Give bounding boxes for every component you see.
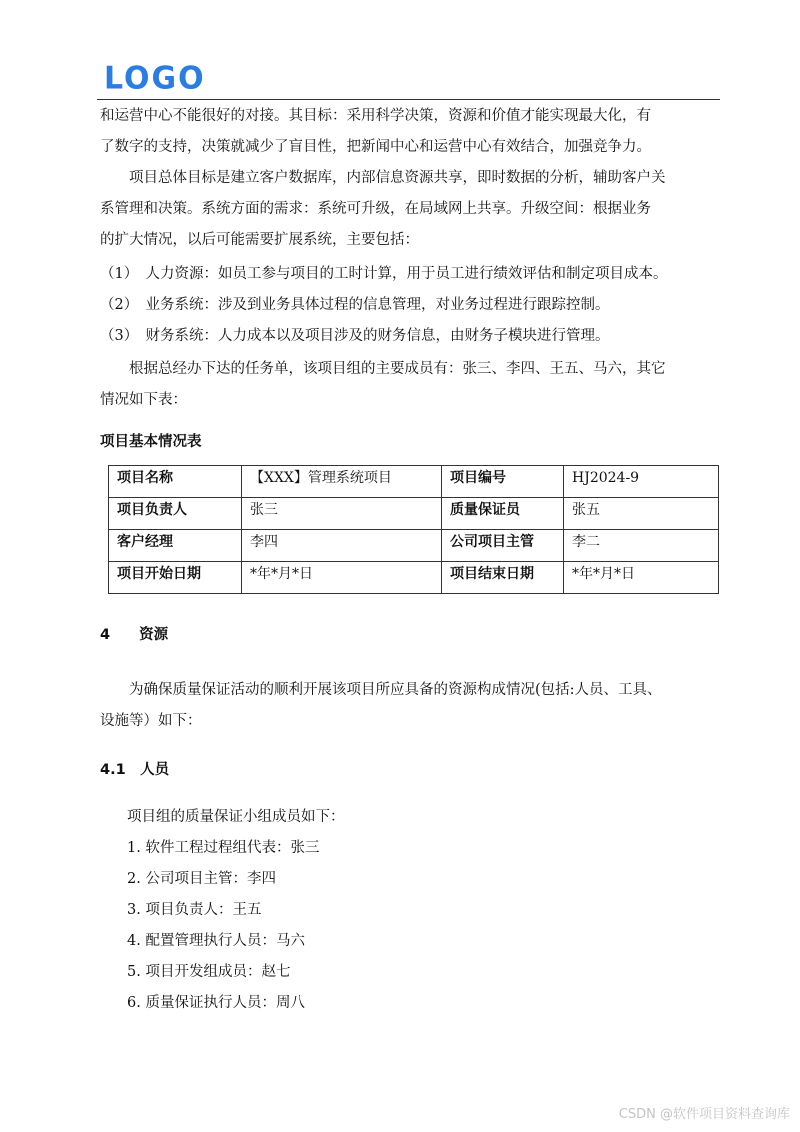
paragraph-line: 和运营中心不能很好的对接。其目标：采用科学决策，资源和价值才能实现最大化，有 (100, 101, 720, 132)
table-row: 客户经理 李四 公司项目主管 李二 (109, 530, 719, 562)
project-info-table: 项目名称 【XXX】管理系统项目 项目编号 HJ2024-9 项目负责人 张三 … (108, 465, 719, 594)
paragraph-line: 项目组的质量保证小组成员如下： (127, 802, 747, 833)
header-divider (97, 99, 720, 100)
list-item: 3. 项目负责人：王五 (127, 895, 747, 926)
section-heading: 4 资源 (100, 620, 720, 651)
paragraph-line: 为确保质量保证活动的顺利开展该项目所应具备的资源构成情况(包括:人员、工具、 (100, 675, 720, 706)
paragraph-line: 了数字的支持，决策就减少了盲目性，把新闻中心和运营中心有效结合，加强竞争力。 (100, 132, 720, 163)
table-value: *年*月*日 (242, 562, 442, 594)
logo: LOGO (104, 61, 206, 97)
table-key: 项目开始日期 (109, 562, 242, 594)
section-heading: 4.1 人员 (100, 755, 720, 786)
paragraph-line: 项目总体目标是建立客户数据库，内部信息资源共享，即时数据的分析，辅助客户关 (100, 163, 720, 194)
table-value: 张五 (564, 498, 719, 530)
paragraph-line: 系管理和决策。系统方面的需求：系统可升级，在局域网上共享。升级空间：根据业务 (100, 194, 720, 225)
table-row: 项目开始日期 *年*月*日 项目结束日期 *年*月*日 (109, 562, 719, 594)
table-key: 客户经理 (109, 530, 242, 562)
list-item: 1. 软件工程过程组代表：张三 (127, 833, 747, 864)
paragraph-line: 设施等）如下： (100, 706, 720, 737)
table-value: 【XXX】管理系统项目 (242, 466, 442, 498)
table-value: 李二 (564, 530, 719, 562)
table-title: 项目基本情况表 (100, 427, 720, 458)
table-row: 项目负责人 张三 质量保证员 张五 (109, 498, 719, 530)
table-key: 公司项目主管 (442, 530, 564, 562)
table-key: 项目编号 (442, 466, 564, 498)
table-key: 项目结束日期 (442, 562, 564, 594)
paragraph-line: 的扩大情况，以后可能需要扩展系统，主要包括： (100, 225, 720, 256)
list-item: 6. 质量保证执行人员：周八 (127, 988, 747, 1019)
list-item: 5. 项目开发组成员：赵七 (127, 957, 747, 988)
list-item: 2. 公司项目主管：李四 (127, 864, 747, 895)
list-item: （3） 财务系统：人力成本以及项目涉及的财务信息，由财务子模块进行管理。 (100, 321, 720, 352)
watermark: CSDN @软件项目资料查询库 (619, 1103, 790, 1122)
table-value: 张三 (242, 498, 442, 530)
table-value: 李四 (242, 530, 442, 562)
table-value: HJ2024-9 (564, 466, 719, 498)
list-item: （2） 业务系统：涉及到业务具体过程的信息管理，对业务过程进行跟踪控制。 (100, 290, 720, 321)
table-row: 项目名称 【XXX】管理系统项目 项目编号 HJ2024-9 (109, 466, 719, 498)
table-key: 项目名称 (109, 466, 242, 498)
list-item: （1） 人力资源：如员工参与项目的工时计算，用于员工进行绩效评估和制定项目成本。 (100, 259, 720, 290)
table-key: 项目负责人 (109, 498, 242, 530)
paragraph-line: 情况如下表： (100, 385, 720, 416)
table-value: *年*月*日 (564, 562, 719, 594)
paragraph-line: 根据总经办下达的任务单，该项目组的主要成员有：张三、李四、王五、马六，其它 (100, 354, 720, 385)
table-key: 质量保证员 (442, 498, 564, 530)
list-item: 4. 配置管理执行人员：马六 (127, 926, 747, 957)
